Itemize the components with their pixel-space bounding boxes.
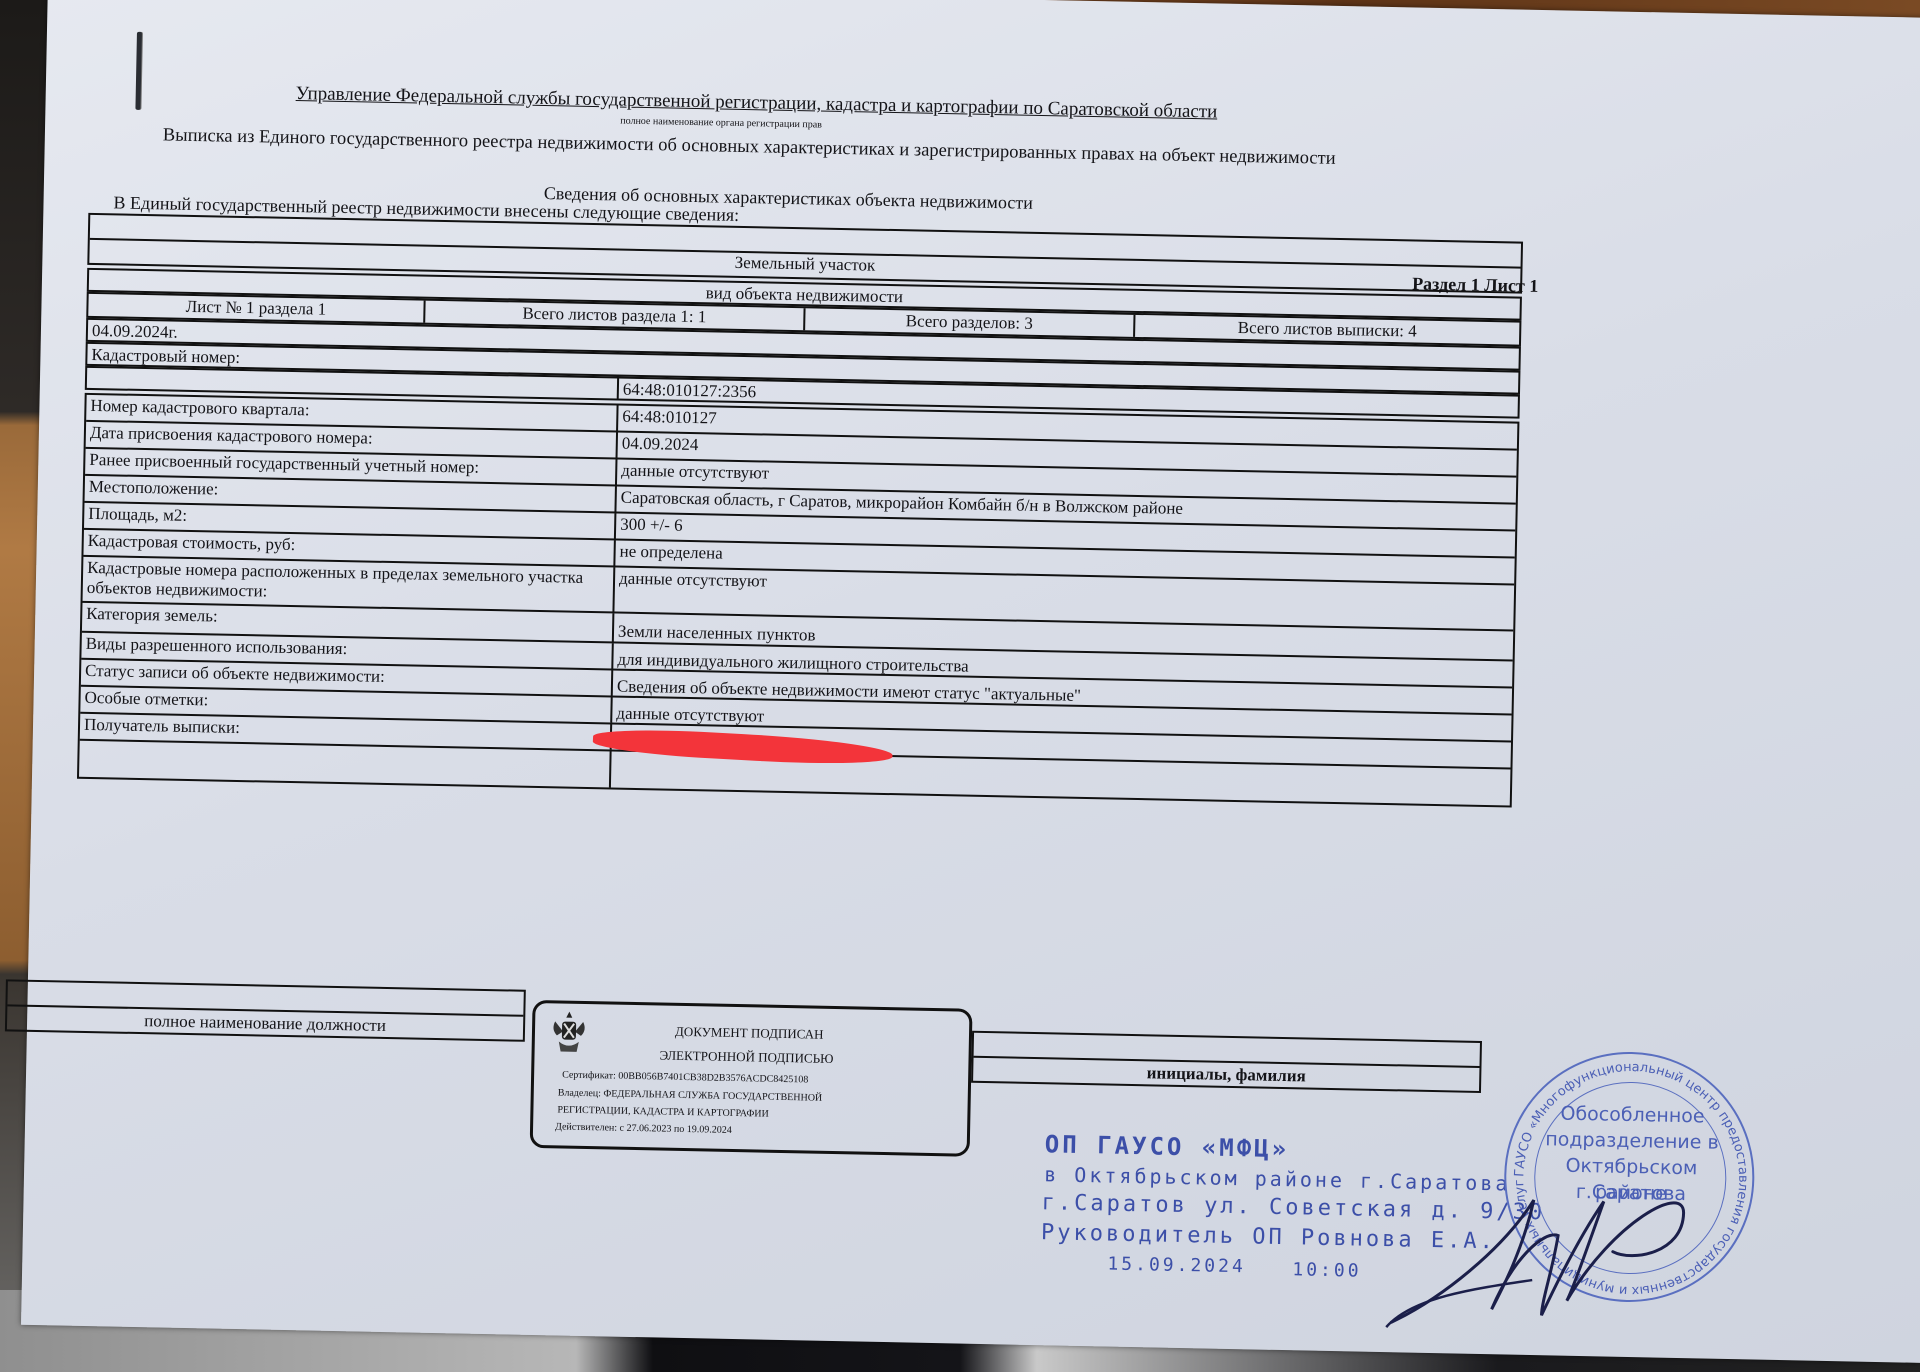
property-label: Кадастровые номера расположенных в преде… xyxy=(83,557,614,612)
owner-line1: Владелец: ФЕДЕРАЛЬНАЯ СЛУЖБА ГОСУДАРСТВЕ… xyxy=(558,1087,823,1103)
signature-position-box: полное наименование должности xyxy=(5,979,526,1041)
signature-name-box: инициалы, фамилия xyxy=(971,1031,1482,1093)
esign-title-line1: ДОКУМЕНТ ПОДПИСАН xyxy=(675,1024,824,1043)
stamp-time: 10:00 xyxy=(1292,1259,1362,1281)
organization-caption: полное наименование органа регистрации п… xyxy=(620,116,822,131)
stamp-line1: ОП ГАУСО «МФЦ» xyxy=(1045,1130,1290,1163)
seal-line1: Обособленное xyxy=(1537,1100,1727,1130)
owner-line2: РЕГИСТРАЦИИ, КАДАСТРА И КАРТОГРАФИИ xyxy=(557,1104,769,1119)
validity-period: Действителен: с 27.06.2023 по 19.09.2024 xyxy=(555,1121,732,1136)
handwritten-signature-icon xyxy=(1381,1137,1705,1343)
certificate-number: Сертификат: 00BB056B7401CB38D2B3576ACDC8… xyxy=(562,1070,808,1086)
staple-icon xyxy=(135,32,142,110)
esign-title-line2: ЭЛЕКТРОННОЙ ПОДПИСЬЮ xyxy=(659,1047,833,1066)
document-page: Управление Федеральной службы государств… xyxy=(21,0,1920,1363)
document-title: Выписка из Единого государственного реес… xyxy=(163,125,1336,170)
stamp-date: 15.09.2024 xyxy=(1107,1254,1246,1278)
electronic-signature-box: ДОКУМЕНТ ПОДПИСАН ЭЛЕКТРОННОЙ ПОДПИСЬЮ С… xyxy=(530,1000,973,1157)
coat-of-arms-icon xyxy=(548,1009,589,1058)
object-type-value: Земельный участок xyxy=(734,253,875,275)
